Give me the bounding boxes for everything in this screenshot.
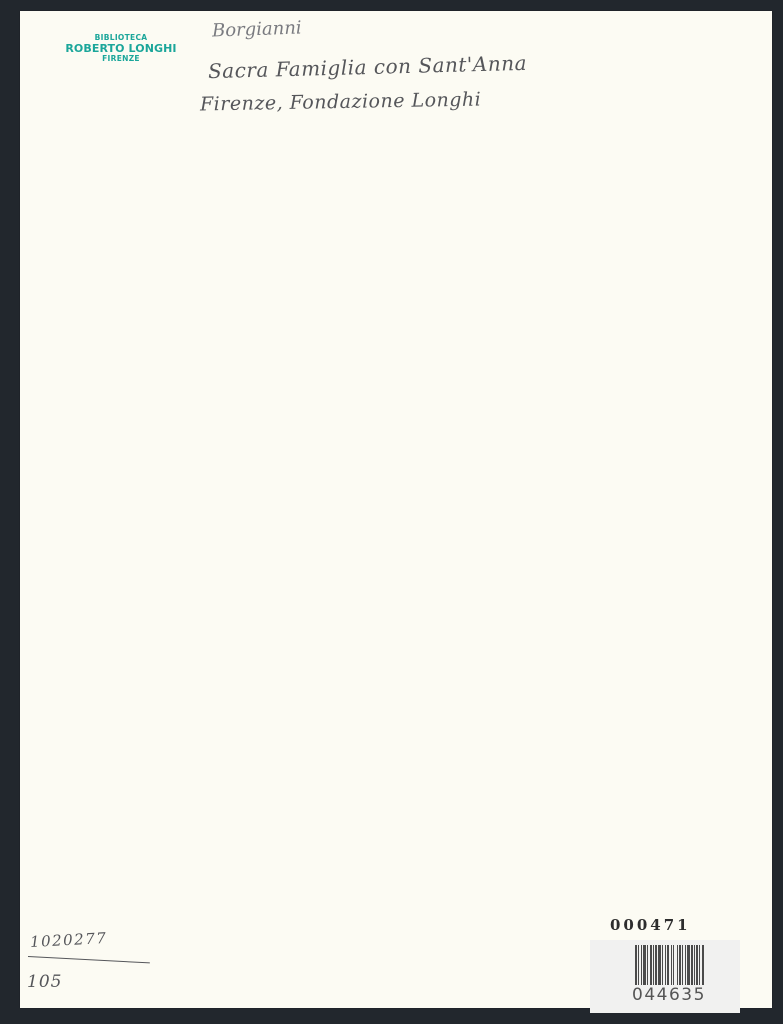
barcode-icon	[635, 945, 727, 985]
serial-number: 000471	[610, 916, 691, 934]
handwritten-inventory-number: 1020277	[30, 929, 108, 951]
photo-verso-paper: BIBLIOTECA ROBERTO LONGHI FIRENZE Borgia…	[20, 11, 772, 1008]
inventory-underline	[28, 956, 150, 963]
handwritten-location: Firenze, Fondazione Longhi	[200, 89, 482, 116]
stamp-line-3: FIRENZE	[62, 55, 180, 64]
handwritten-title: Sacra Famiglia con Sant'Anna	[208, 51, 528, 83]
handwritten-number: 105	[27, 972, 62, 992]
barcode-number: 044635	[632, 985, 732, 1005]
barcode-label: 044635	[590, 940, 740, 1013]
handwritten-artist: Borgianni	[212, 17, 302, 41]
library-stamp: BIBLIOTECA ROBERTO LONGHI FIRENZE	[62, 34, 180, 64]
